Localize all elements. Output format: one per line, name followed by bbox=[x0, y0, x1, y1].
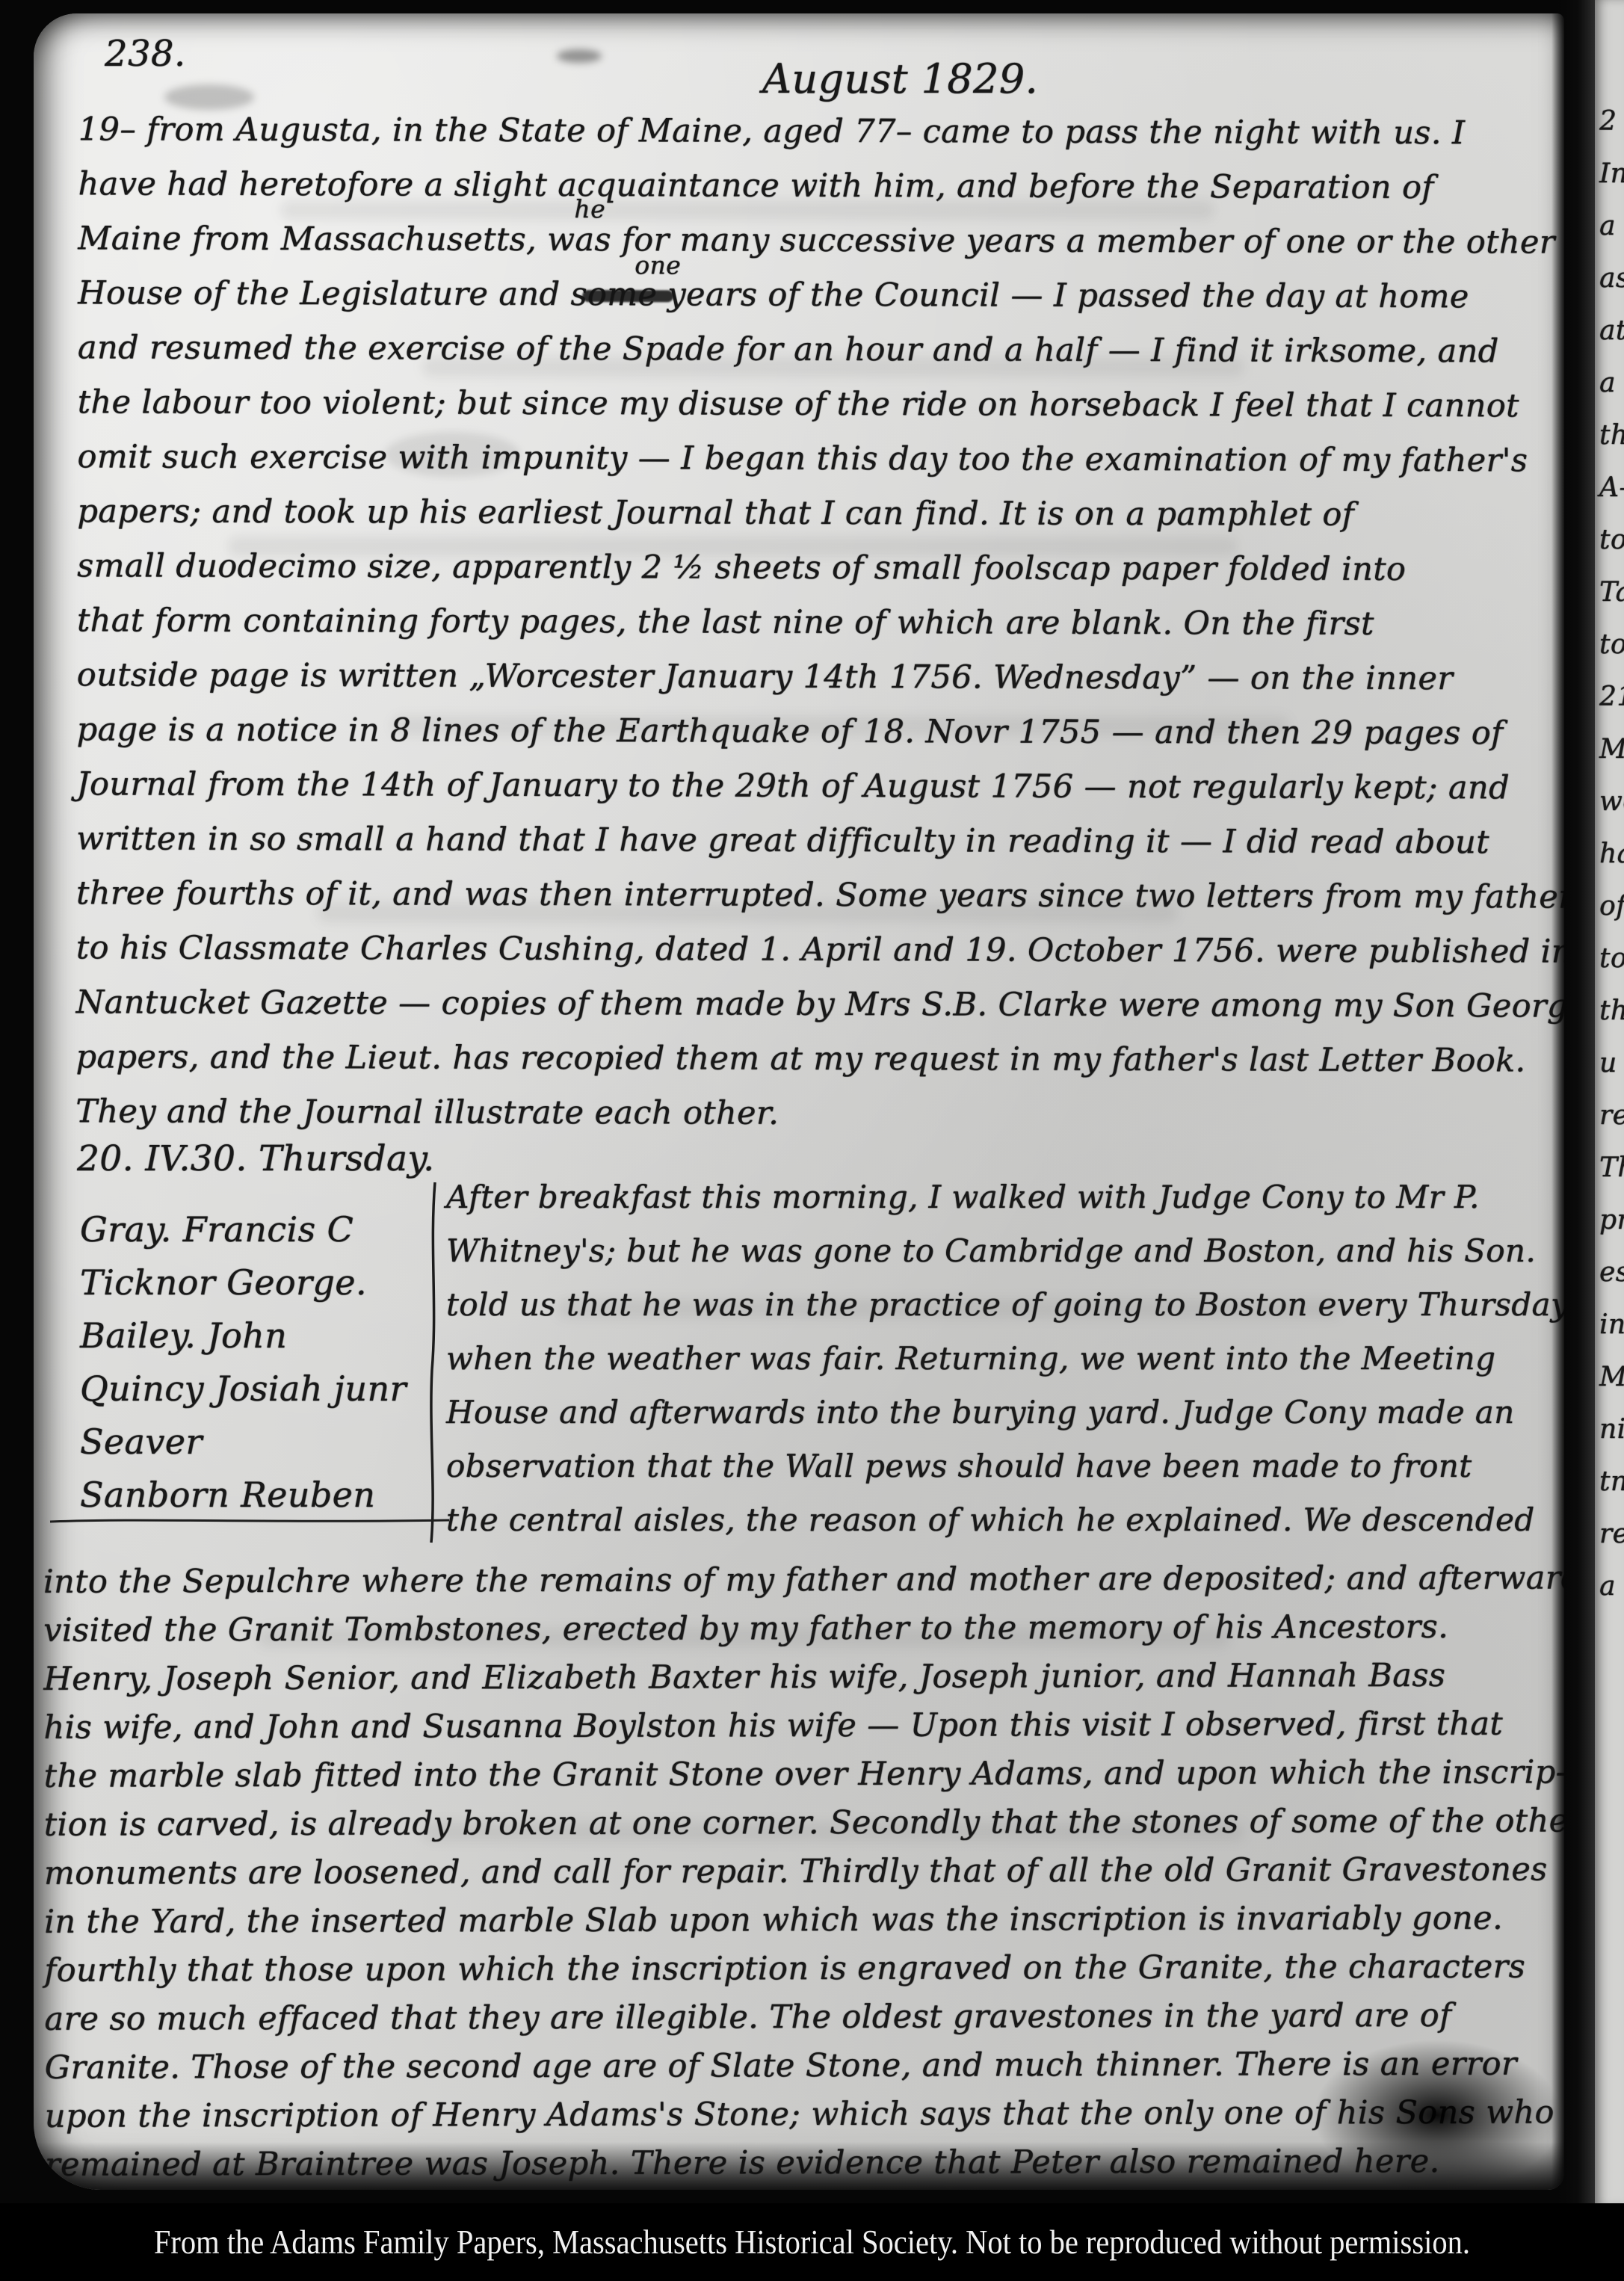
text-fragment: to bbox=[1599, 619, 1624, 671]
visitor-name: Seaver bbox=[80, 1416, 407, 1469]
text-fragment: re bbox=[1599, 1508, 1624, 1561]
interlinear-insertion: one bbox=[635, 253, 681, 277]
text-fragment: to bbox=[1599, 933, 1624, 985]
credit-caption: From the Adams Family Papers, Massachuse… bbox=[154, 2223, 1470, 2262]
text-fragment: thes bbox=[1599, 410, 1624, 462]
handwritten-line: the central aisles, the reason of which … bbox=[446, 1493, 1564, 1547]
facing-page-fragments: 2InaasatathesA—toTato21MwehaoftotheuregT… bbox=[1595, 0, 1624, 1613]
handwritten-line: observation that the Wall pews should ha… bbox=[446, 1439, 1564, 1493]
handwritten-line: Maine from Massachusetts, was for many s… bbox=[78, 212, 1564, 270]
text-fragment: est bbox=[1599, 1247, 1624, 1299]
handwritten-line: They and the Journal illustrate each oth… bbox=[75, 1084, 1564, 1143]
handwritten-line: into the Sepulchre where the remains of … bbox=[43, 1554, 1564, 1606]
text-fragment: u bbox=[1599, 1037, 1624, 1090]
text-fragment: reg bbox=[1599, 1090, 1624, 1142]
handwritten-line: the marble slab fitted into the Granit S… bbox=[44, 1748, 1564, 1800]
visitor-name: Sanborn Reuben bbox=[80, 1469, 407, 1522]
column-separator-line bbox=[428, 1179, 439, 1546]
entry-aug19: 19– from Augusta, in the State of Maine,… bbox=[75, 102, 1564, 1143]
page-bottom-shadow bbox=[34, 2142, 1564, 2190]
handwritten-line: when the weather was fair. Returning, we… bbox=[446, 1332, 1564, 1386]
text-fragment: we bbox=[1599, 776, 1624, 828]
text-fragment: a bbox=[1599, 1561, 1624, 1613]
handwritten-line: papers, and the Lieut. has recopied them… bbox=[75, 1030, 1564, 1088]
interlinear-insertion: he bbox=[574, 197, 605, 221]
visitor-name: Ticknor George. bbox=[80, 1256, 407, 1309]
handwritten-line: Journal from the 14th of January to the … bbox=[76, 757, 1564, 815]
entry-aug20-date-heading: 20. IV.30. Thursday. bbox=[77, 1138, 434, 1179]
text-fragment: a bbox=[1599, 357, 1624, 410]
handwritten-line: written in so small a hand that I have g… bbox=[76, 812, 1564, 870]
text-fragment: pr bbox=[1599, 1194, 1624, 1247]
handwritten-line: papers; and took up his earliest Journal… bbox=[77, 484, 1564, 543]
text-fragment: ha bbox=[1599, 828, 1624, 880]
strikeout-blot bbox=[582, 290, 673, 302]
text-fragment: to bbox=[1599, 514, 1624, 567]
credit-bar: From the Adams Family Papers, Massachuse… bbox=[0, 2203, 1624, 2281]
text-fragment: at bbox=[1599, 305, 1624, 357]
text-fragment: Tha bbox=[1599, 1142, 1624, 1194]
text-fragment: 21 bbox=[1599, 671, 1624, 723]
text-fragment: a bbox=[1599, 200, 1624, 253]
manuscript-page: 238. August 1829. 19– from Augusta, in t… bbox=[34, 13, 1564, 2190]
text-fragment: Ta bbox=[1599, 567, 1624, 619]
names-underline-rule bbox=[49, 1517, 452, 1525]
text-fragment: A— bbox=[1599, 462, 1624, 514]
month-header: August 1829. bbox=[762, 55, 1038, 102]
text-fragment: M bbox=[1599, 723, 1624, 776]
entry-aug20-column-text: After breakfast this morning, I walked w… bbox=[446, 1170, 1564, 1547]
handwritten-line: 19– from Augusta, in the State of Maine,… bbox=[78, 102, 1564, 161]
handwritten-line: in the Yard, the inserted marble Slab up… bbox=[44, 1894, 1564, 1946]
handwritten-line: three fourths of it, and was then interr… bbox=[76, 866, 1564, 925]
handwritten-line: told us that he was in the practice of g… bbox=[446, 1278, 1564, 1332]
entry-aug19-lines-b: and resumed the exercise of the Spade fo… bbox=[75, 321, 1564, 1143]
handwritten-line: Whitney's; but he was gone to Cambridge … bbox=[446, 1224, 1564, 1278]
visitor-names-column: Gray. Francis CTicknor George.Bailey. Jo… bbox=[80, 1203, 407, 1522]
handwritten-line: and resumed the exercise of the Spade fo… bbox=[78, 321, 1564, 379]
page-number: 238. bbox=[105, 33, 185, 75]
handwritten-line: House and afterwards into the burying ya… bbox=[446, 1386, 1564, 1439]
text-fragment: 2 bbox=[1599, 96, 1624, 148]
book-gutter bbox=[1552, 0, 1595, 2206]
ink-smudge bbox=[557, 49, 602, 63]
text-fragment: in bbox=[1599, 1299, 1624, 1351]
handwritten-line: After breakfast this morning, I walked w… bbox=[446, 1170, 1564, 1224]
facing-page-sliver: 2InaasatathesA—toTato21MwehaoftotheuregT… bbox=[1595, 0, 1624, 2206]
handwritten-line: Henry, Joseph Senior, and Elizabeth Baxt… bbox=[43, 1651, 1564, 1703]
text-fragment: tn bbox=[1599, 1456, 1624, 1508]
handwritten-line: tion is carved, is already broken at one… bbox=[44, 1797, 1564, 1849]
handwritten-line: visited the Granit Tombstones, erected b… bbox=[43, 1602, 1564, 1655]
scanned-diary-photo: 238. August 1829. 19– from Augusta, in t… bbox=[0, 0, 1624, 2281]
handwritten-line: small duodecimo size, apparently 2 ½ she… bbox=[77, 539, 1564, 597]
text-fragment: of bbox=[1599, 880, 1624, 933]
handwritten-line: the labour too violent; but since my dis… bbox=[78, 375, 1564, 433]
handwritten-line: House of the Legislature and some years … bbox=[78, 274, 1469, 315]
handwritten-line: page is a notice in 8 lines of the Earth… bbox=[77, 703, 1564, 761]
handwritten-line: monuments are loosened, and call for rep… bbox=[44, 1845, 1564, 1898]
visitor-name: Bailey. John bbox=[80, 1309, 407, 1362]
text-fragment: M bbox=[1599, 1351, 1624, 1404]
handwritten-line: that form containing forty pages, the la… bbox=[77, 593, 1564, 652]
text-fragment: In bbox=[1599, 148, 1624, 200]
text-fragment: the bbox=[1599, 985, 1624, 1037]
text-fragment: ni bbox=[1599, 1404, 1624, 1456]
visitor-name: Gray. Francis C bbox=[80, 1203, 407, 1256]
entry-aug19-lines-a: 19– from Augusta, in the State of Maine,… bbox=[78, 102, 1564, 270]
text-fragment: as bbox=[1599, 253, 1624, 305]
handwritten-line-with-correction: House of the Legislature and some years … bbox=[78, 266, 1564, 324]
handwritten-line: Nantucket Gazette — copies of them made … bbox=[76, 975, 1564, 1034]
handwritten-line: to his Classmate Charles Cushing, dated … bbox=[76, 921, 1564, 979]
handwritten-line: his wife, and John and Susanna Boylston … bbox=[43, 1700, 1564, 1752]
handwritten-line: omit such exercise with impunity — I beg… bbox=[77, 430, 1564, 488]
handwritten-line: fourthly that those upon which the inscr… bbox=[44, 1942, 1564, 1995]
visitor-name: Quincy Josiah junr bbox=[80, 1362, 407, 1416]
handwritten-line: have had heretofore a slight acquaintanc… bbox=[78, 157, 1564, 215]
handwritten-line: outside page is written „Worcester Janua… bbox=[77, 648, 1564, 706]
